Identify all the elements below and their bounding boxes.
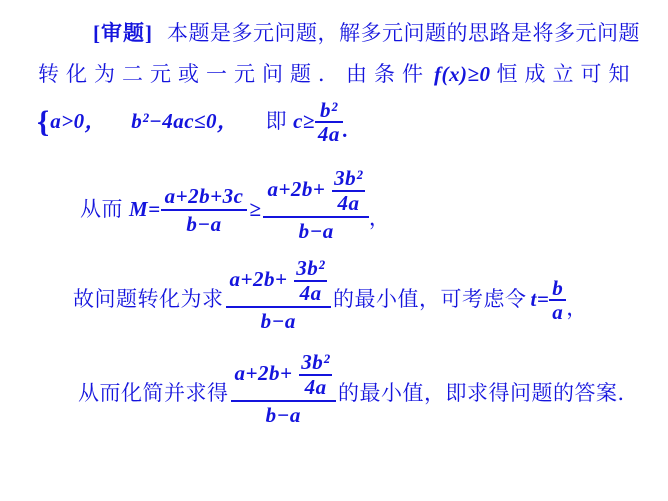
t-equals: t= <box>530 287 549 312</box>
geq-sign: ≥ <box>249 197 261 222</box>
numerator-prefix: a+2b+ <box>235 361 293 385</box>
numerator-prefix: a+2b+ <box>230 267 288 291</box>
transform-paragraph: 故问题转化为求 a+2b+ 3b² 4a b−a 的最小值，可考虑令 t= b … <box>73 257 588 343</box>
fraction-b-over-a: b a <box>549 277 566 323</box>
conclusion-paragraph: 从而化简并求得 a+2b+ 3b² 4a b−a 的最小值，即求得问题的答案． <box>78 351 639 437</box>
analysis-line-1: [审题]本题是多元问题，解多元问题的思路是将多元问题 <box>93 21 640 46</box>
fraction-numerator: a+2b+ 3b² 4a <box>231 351 336 400</box>
c-inequality: c≥ <box>293 109 315 134</box>
conditions-line: { a>0， b²−4ac≤0， 即 c≥ b² 4a . <box>37 94 349 150</box>
big-fraction-nested: a+2b+ 3b² 4a b−a <box>226 257 331 333</box>
nested-fraction-3b2-over-4a: 3b² 4a <box>299 351 332 399</box>
m-equals: M= <box>129 197 161 222</box>
nested-denominator: 4a <box>332 190 365 215</box>
m-equation-line: 从而 M= a+2b+3c b−a ≥ a+2b+ 3b² 4a b−a ， <box>80 168 390 252</box>
word-conger: 从而 <box>80 197 123 222</box>
trailing-comma: ， <box>566 296 588 321</box>
condition-a-positive: a>0， <box>50 109 106 134</box>
nested-numerator: 3b² <box>294 257 327 280</box>
fraction-a2b3c-over-bma: a+2b+3c b−a <box>161 184 248 236</box>
fraction-denominator: b−a <box>161 209 248 236</box>
analysis-line-2: 转化为二元或一元问题．由条件f(x)≥0恒成立可知 <box>38 62 637 87</box>
fraction-denominator: b−a <box>226 306 331 333</box>
shenti-label: [审题] <box>93 21 153 45</box>
fraction-b2-over-4a: b² 4a <box>315 99 343 145</box>
line2-condition-math: f(x)≥0 <box>434 62 491 86</box>
word-ji: 即 <box>266 109 288 134</box>
fraction-denominator: a <box>549 299 566 323</box>
sentence-period: . <box>343 118 349 143</box>
fraction-denominator: b−a <box>263 216 368 243</box>
fraction-numerator: b <box>549 277 566 299</box>
document-page: [审题]本题是多元问题，解多元问题的思路是将多元问题 转化为二元或一元问题．由条… <box>0 0 668 501</box>
line1-text: 本题是多元问题，解多元问题的思路是将多元问题 <box>167 21 640 45</box>
fraction-numerator: a+2b+3c <box>161 184 248 209</box>
fraction-numerator: a+2b+ 3b² 4a <box>226 257 331 306</box>
nested-fraction-3b2-over-4a: 3b² 4a <box>332 167 365 215</box>
nested-numerator: 3b² <box>299 351 332 374</box>
big-fraction-nested: a+2b+ 3b² 4a b−a <box>263 167 368 243</box>
nested-fraction-3b2-over-4a: 3b² 4a <box>294 257 327 305</box>
fraction-numerator: b² <box>315 99 343 121</box>
trailing-comma: ， <box>369 206 391 231</box>
condition-discriminant: b²−4ac≤0， <box>131 109 238 134</box>
fraction-numerator: a+2b+ 3b² 4a <box>263 167 368 216</box>
line2-post-text: 恒成立可知 <box>497 62 637 86</box>
nested-denominator: 4a <box>294 280 327 305</box>
line2-pre-text: 转化为二元或一元问题．由条件 <box>38 62 430 86</box>
numerator-prefix: a+2b+ <box>267 177 325 201</box>
paragraph-pre-text: 从而化简并求得 <box>78 381 229 406</box>
nested-numerator: 3b² <box>332 167 365 190</box>
fraction-denominator: 4a <box>315 121 343 145</box>
fraction-denominator: b−a <box>231 400 336 427</box>
paragraph-pre-text: 故问题转化为求 <box>73 287 224 312</box>
paragraph-mid-text: 的最小值，可考虑令 <box>333 287 527 312</box>
big-fraction-nested: a+2b+ 3b² 4a b−a <box>231 351 336 427</box>
nested-denominator: 4a <box>299 374 332 399</box>
paragraph-tail-text: 的最小值，即求得问题的答案． <box>338 381 639 406</box>
